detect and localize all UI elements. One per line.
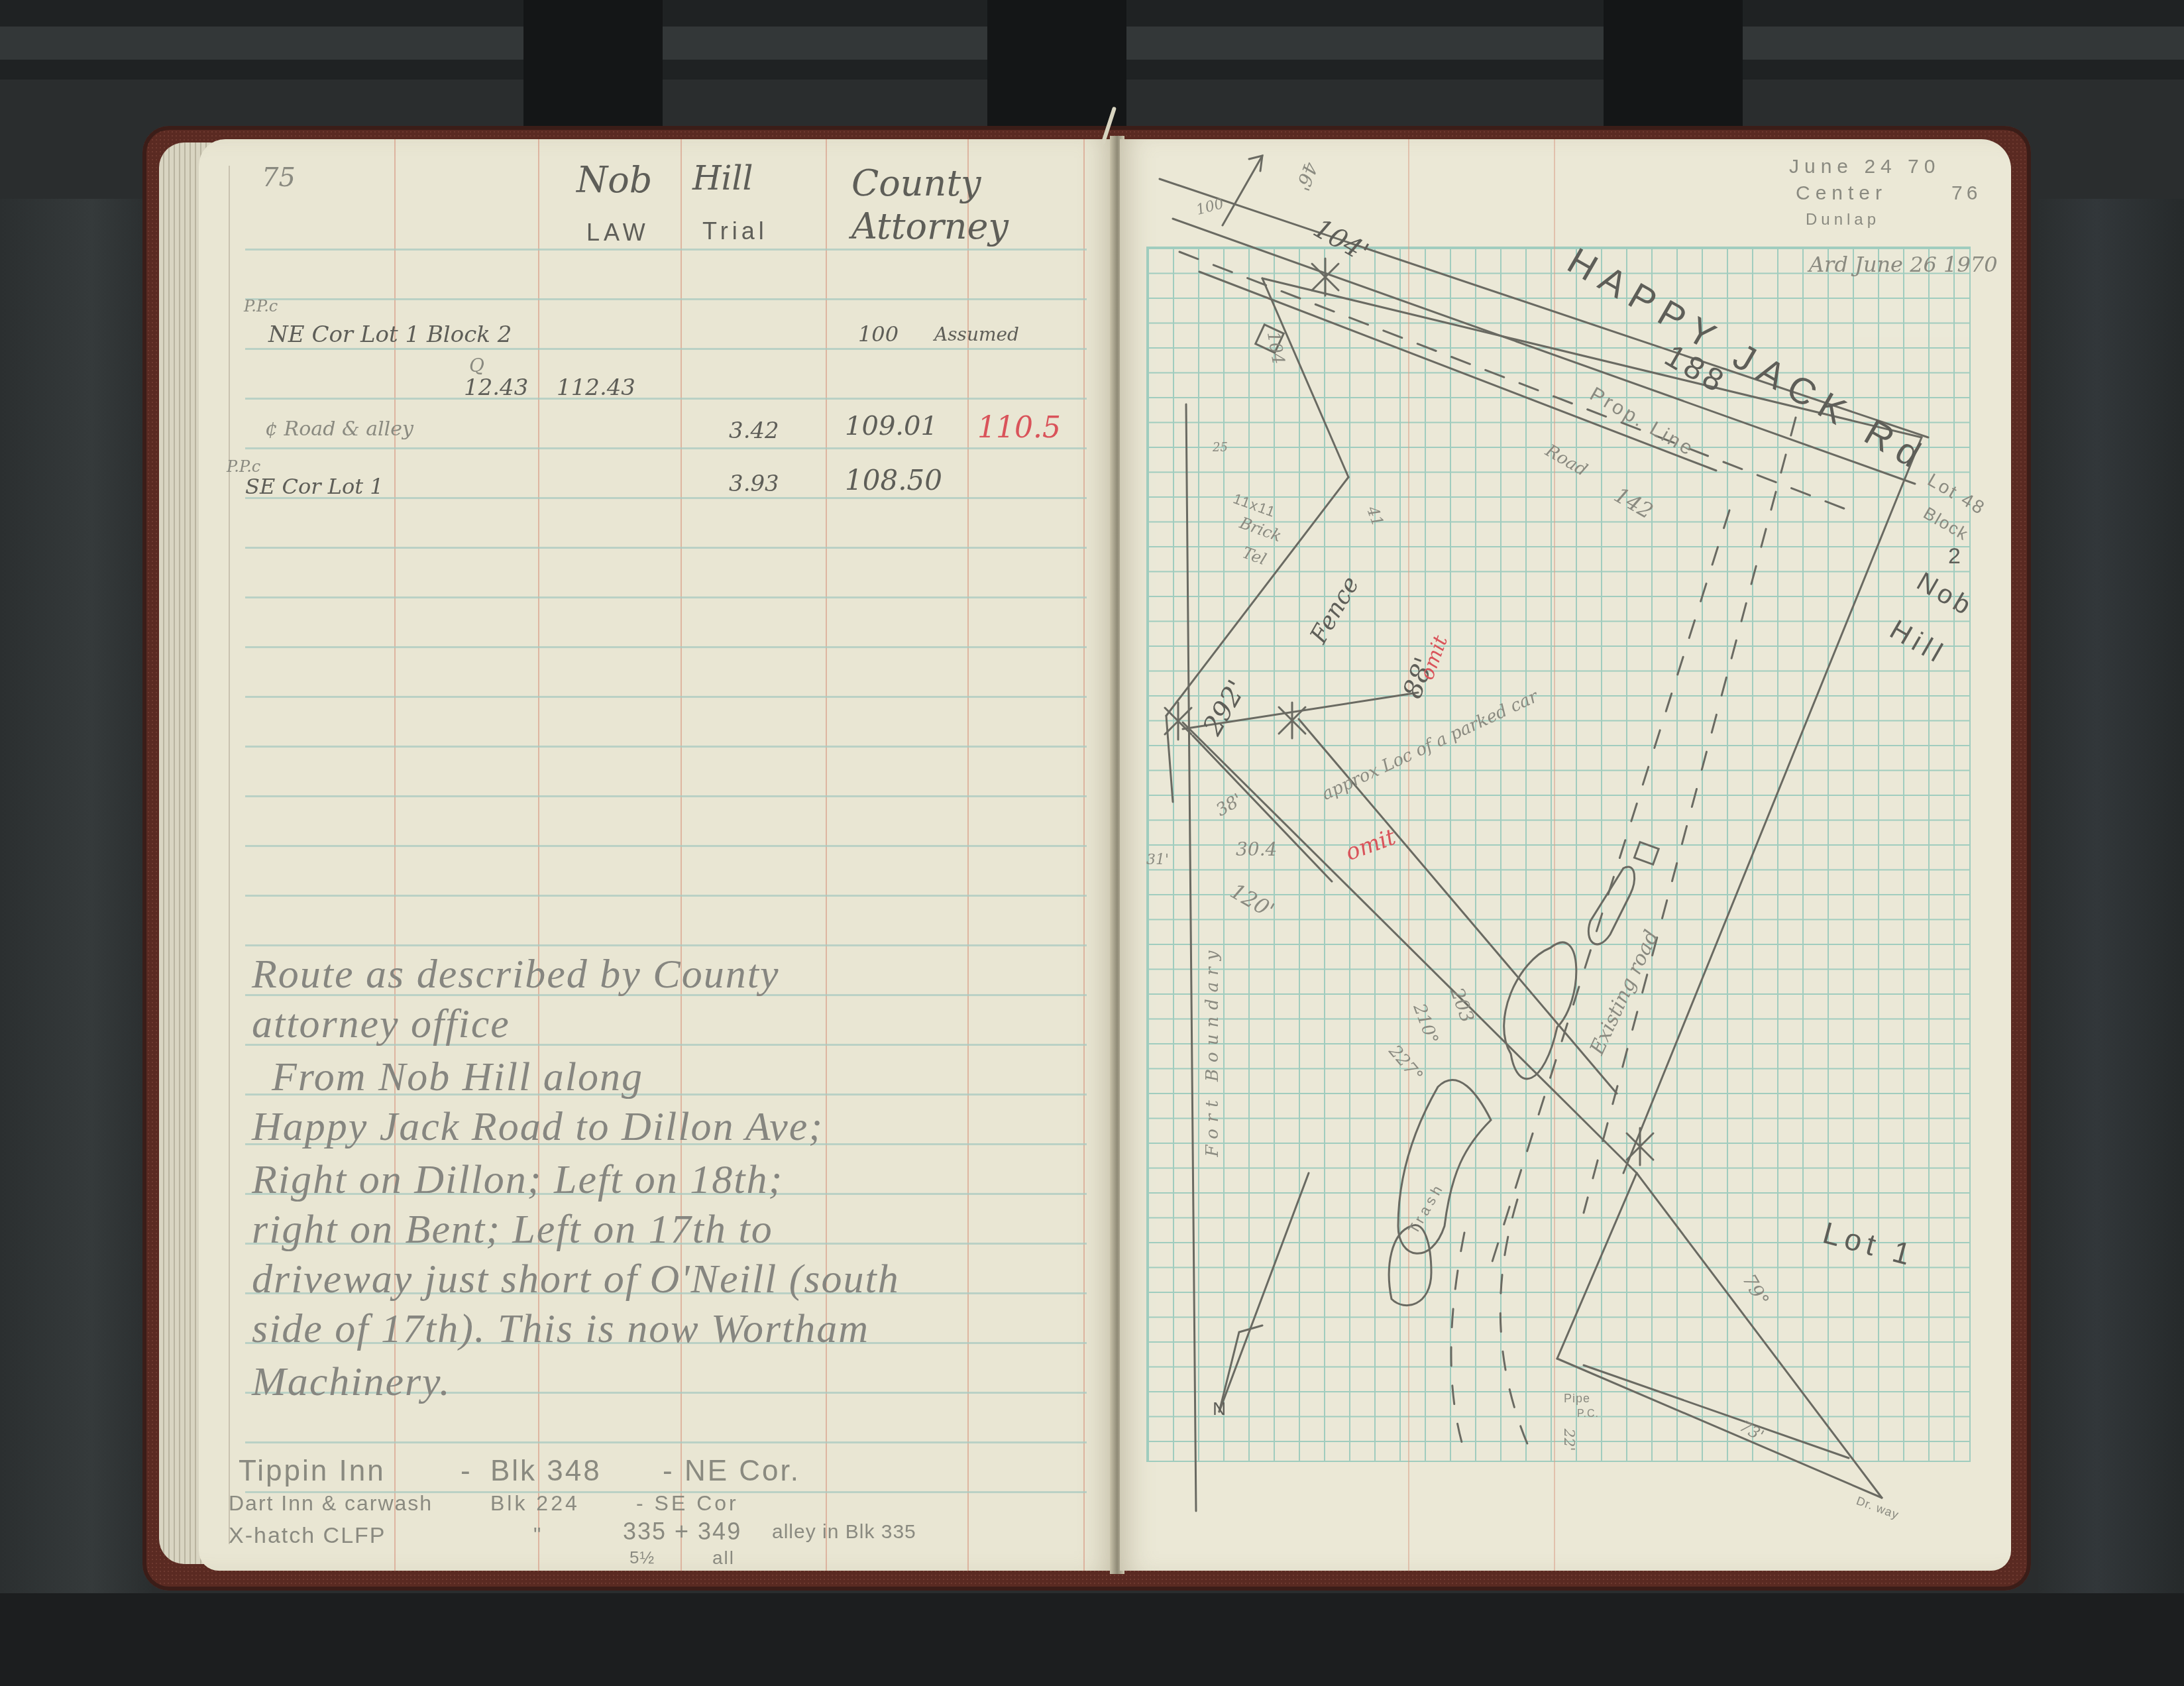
footer-note-sep: " (533, 1523, 545, 1547)
column-rule (826, 139, 827, 1571)
row1-col-a: 12.43 (464, 374, 528, 401)
row2-description: ¢ Road & alley (265, 418, 413, 441)
row1-prefix: P.P.c (244, 297, 278, 315)
left-page: 75 Nob Hill County LAW Trial Attorney P.… (199, 139, 1113, 1571)
label-pipe: Pipe (1564, 1392, 1590, 1406)
footer-note-block: 335 + 349 (623, 1518, 741, 1545)
row1-col-d: Assumed (934, 323, 1019, 345)
background-left (0, 199, 152, 1686)
row3-col-c: 108.50 (845, 464, 942, 496)
label-25: 25 (1213, 441, 1228, 455)
background-right (2038, 199, 2184, 1686)
ruled-line (245, 1441, 1087, 1443)
footer-note-name: X-hatch CLFP (229, 1523, 386, 1549)
ruled-line (245, 596, 1087, 598)
row1-sub: Q (469, 355, 484, 376)
ruled-line (245, 944, 1087, 946)
ruled-line (245, 895, 1087, 897)
route-note-line: Route as described by County (252, 951, 779, 998)
right-page: June 24 70 Center 76 Dunlap Ard June 26 … (1120, 139, 2011, 1571)
footer-note-detail: alley in Blk 335 (772, 1521, 916, 1544)
route-note-line: From Nob Hill along (272, 1054, 643, 1101)
row1-description: NE Cor Lot 1 Block 2 (268, 321, 512, 348)
ruled-line (245, 298, 1087, 300)
ruled-line (245, 249, 1087, 251)
block-number: 2 (1948, 543, 1965, 569)
footer-note-detail: - NE Cor. (663, 1455, 800, 1488)
header-hill: Hill (692, 159, 753, 197)
footer-note-block: 5½ (629, 1547, 655, 1568)
row3-prefix: P.P.c (227, 457, 260, 476)
header-law: LAW (586, 219, 649, 247)
label-22: 22' (1560, 1428, 1577, 1451)
route-note-line: Machinery. (252, 1359, 451, 1406)
page-number: 75 (262, 162, 296, 193)
north-label: N (1213, 1398, 1230, 1420)
row2-col-b: 3.42 (729, 418, 779, 444)
clamp-post-center (987, 0, 1126, 133)
header-trial: Trial (702, 217, 768, 245)
header-attorney: Attorney (851, 205, 1009, 247)
footer-note-detail: - SE Cor (636, 1491, 739, 1516)
route-note-line: attorney office (252, 1001, 510, 1048)
label-fort-boundary: Fort Boundary (1203, 944, 1223, 1157)
background-bottom (0, 1593, 2184, 1686)
footer-note-name: Tippin Inn (239, 1455, 386, 1488)
route-note-line: Right on Dillon; Left on 18th; (252, 1156, 783, 1204)
header-nob: Nob (576, 159, 652, 201)
route-note-line: Happy Jack Road to Dillon Ave; (252, 1103, 824, 1151)
column-rule (394, 139, 396, 1571)
clamp-post-right (1604, 0, 1743, 133)
ruled-line (245, 845, 1087, 847)
ruled-line (245, 547, 1087, 549)
label-30-4: 30.4 (1236, 838, 1277, 860)
ruled-line (245, 447, 1087, 449)
ruled-line (245, 348, 1087, 350)
column-rule (1083, 139, 1085, 1571)
column-rule (538, 139, 539, 1571)
label-31: 31' (1146, 852, 1169, 868)
column-rule (681, 139, 682, 1571)
label-pc: P.C. (1577, 1408, 1599, 1420)
ruled-line (245, 795, 1087, 797)
footer-note-sep: - (461, 1455, 472, 1488)
footer-note-block: Blk 348 (490, 1455, 602, 1488)
row3-col-b: 3.93 (729, 471, 779, 497)
ruled-line (245, 696, 1087, 698)
route-note-line: side of 17th). This is now Wortham (252, 1306, 869, 1353)
row2-col-c: 109.01 (845, 411, 938, 441)
footer-note-name: Dart Inn & carwash (229, 1491, 433, 1516)
route-note-line: driveway just short of O'Neill (south (252, 1256, 900, 1303)
page-margin-line (229, 166, 230, 1544)
ruled-line (245, 646, 1087, 648)
row1-col-c: 100 (858, 321, 899, 347)
ruled-line (245, 398, 1087, 400)
route-note-line: right on Bent; Left on 17th to (252, 1206, 773, 1253)
ruled-line (245, 746, 1087, 748)
column-rule (967, 139, 969, 1571)
header-county: County (851, 162, 981, 204)
row1-col-b: 112.43 (557, 374, 635, 401)
clamp-post-left (523, 0, 663, 133)
footer-note-block: Blk 224 (490, 1491, 580, 1516)
row3-description: SE Cor Lot 1 (245, 474, 384, 499)
row2-red-value: 110.5 (977, 411, 1061, 445)
footer-note-detail: all (712, 1547, 735, 1569)
